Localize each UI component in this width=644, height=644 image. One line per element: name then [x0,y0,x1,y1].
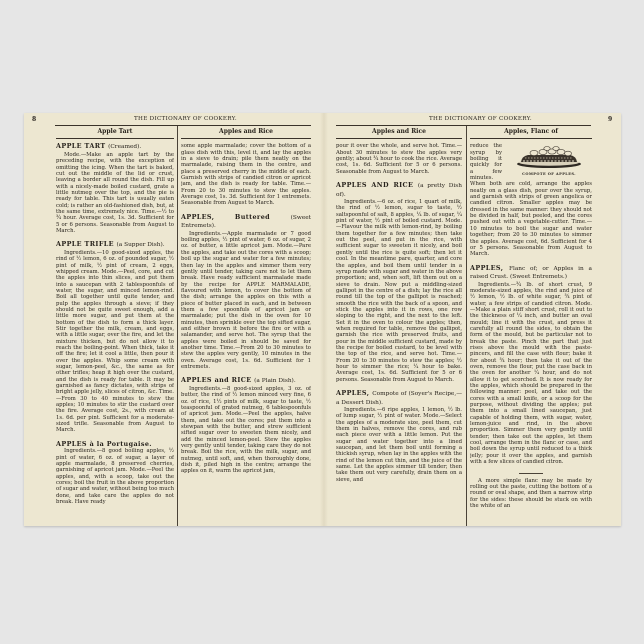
entry-text: Ingredients.—6 ripe apples, 1 lemon, ½ l… [336,407,462,483]
section-separator [519,473,543,474]
entry-text: A more simple flanc may be made by rolli… [470,478,592,510]
dictionary-entry: APPLE TRIFLE (a Supper Dish).Ingredients… [56,241,174,433]
column-header: Apples and Rice [336,128,462,139]
compote-figure: COMPOTE OF APPLES. [506,145,592,177]
column-divider [466,126,467,526]
entry-title: APPLE TART (Creamed). [56,143,174,152]
entry-title: APPLES and RICE (a Plain Dish). [181,377,311,386]
entry-title-main: APPLES, Buttered [181,213,270,221]
dictionary-entry: APPLE TART (Creamed).Mode.—Make an apple… [56,143,174,234]
entry-text: Ingredients.—Apple marmalade or 7 good b… [181,231,311,371]
column-1: Apple TartAPPLE TART (Creamed).Mode.—Mak… [56,128,174,524]
dictionary-entry: APPLES, Compote of (Soyer's Recipe,—a De… [336,390,462,483]
entry-title-main: APPLES AND RICE [336,181,413,189]
entry-text: Mode.—Make an apple tart by the precedin… [56,152,174,234]
column-3: Apples and Ricepour it over the whole, a… [336,128,462,524]
dictionary-entry: APPLES, Buttered (Sweet Entremets).Ingre… [181,214,311,371]
entry-text: Ingredients.—8 good-sized apples, 3 oz. … [181,386,311,475]
entry-title-main: APPLES, [336,389,369,397]
entry-title: APPLES AND RICE (a pretty Dish of). [336,182,462,199]
entry-text: Ingredients.—10 good-sized apples, the r… [56,250,174,434]
entry-subtitle: (Creamed). [108,144,141,150]
header-rule-right [336,125,591,126]
entry-subtitle: (a Plain Dish). [254,378,296,384]
column-2: Apples and Ricesome apple marmalade; cov… [181,128,311,524]
column-header: Apples, Flanc of [470,128,592,139]
column-header: Apple Tart [56,128,174,139]
dictionary-entry: A more simple flanc may be made by rolli… [470,473,592,510]
entry-title: APPLES, Buttered (Sweet Entremets). [181,214,311,231]
entry-text: Ingredients.—8 good boiling apples, ½ pi… [56,448,174,505]
dictionary-entry: APPLES, Flanc of; or Apples in a raised … [470,265,592,466]
entry-title-main: APPLE TART [56,142,105,150]
dictionary-entry: some apple marmalade; cover the bottom o… [181,143,311,206]
entry-title-main: APPLES à la Portugaise. [56,440,152,448]
page-number-right: 9 [608,116,612,123]
entry-text: pour it over the whole, and serve hot. T… [336,143,462,175]
entry-text: Ingredients.—¾ lb. of short crust, 9 mod… [470,282,592,466]
entry-text: some apple marmalade; cover the bottom o… [181,143,311,206]
entry-title-main: APPLE TRIFLE [56,240,114,248]
book-page-spread: 8 THE DICTIONARY OF COOKERY. THE DICTION… [24,113,621,526]
column-header: Apples and Rice [181,128,311,139]
dictionary-entry: APPLES and RICE (a Plain Dish).Ingredien… [181,377,311,474]
entry-text: Ingredients.—6 oz. of rice, 1 quart of m… [336,199,462,383]
entry-title: APPLES, Compote of (Soyer's Recipe,—a De… [336,390,462,407]
entry-title-main: APPLES and RICE [181,376,252,384]
column-4: Apples, Flanc ofCOMPOTE OF APPLES.reduce… [470,128,592,524]
compote-illustration-icon [516,145,582,169]
entry-title-main: APPLES, [470,264,503,272]
dictionary-entry: pour it over the whole, and serve hot. T… [336,143,462,175]
entry-title: APPLE TRIFLE (a Supper Dish). [56,241,174,250]
column-divider [177,126,178,526]
page-number-left: 8 [32,116,36,123]
running-title-right: THE DICTIONARY OF COOKERY. [429,116,532,122]
running-title-left: THE DICTIONARY OF COOKERY. [134,116,237,122]
dictionary-entry: COMPOTE OF APPLES.reduce the syrup by bo… [470,143,592,257]
figure-caption: COMPOTE OF APPLES. [506,171,592,177]
entry-title: APPLES, Flanc of; or Apples in a raised … [470,265,592,282]
dictionary-entry: APPLES AND RICE (a pretty Dish of).Ingre… [336,182,462,383]
entry-subtitle: (a Supper Dish). [117,242,165,248]
header-rule-left [55,125,311,126]
dictionary-entry: APPLES à la Portugaise.Ingredients.—8 go… [56,441,174,506]
